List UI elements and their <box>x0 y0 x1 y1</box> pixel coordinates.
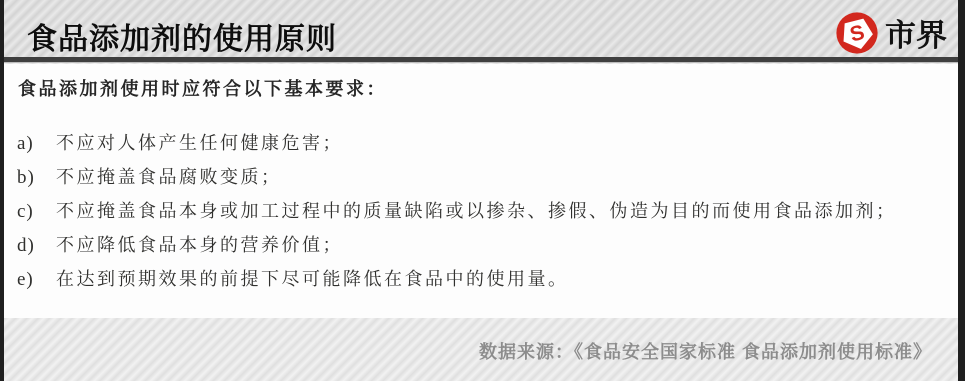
list-item: e) 在达到预期效果的前提下尽可能降低在食品中的使用量。 <box>14 265 948 299</box>
list-item: c) 不应掩盖食品本身或加工过程中的质量缺陷或以掺杂、掺假、伪造为目的而使用食品… <box>14 197 948 231</box>
footer: 数据来源：《食品安全国家标准 食品添加剂使用标准》 <box>0 338 965 364</box>
list-item-text: 不应掩盖食品腐败变质； <box>56 163 282 189</box>
requirements-list: a) 不应对人体产生任何健康危害； b) 不应掩盖食品腐败变质； c) 不应掩盖… <box>14 129 948 299</box>
list-item: d) 不应降低食品本身的营养价值； <box>14 231 948 265</box>
header-separator-bar <box>0 57 965 63</box>
content-card: 食品添加剂使用时应符合以下基本要求： a) 不应对人体产生任何健康危害； b) … <box>4 64 958 318</box>
list-item-text: 不应掩盖食品本身或加工过程中的质量缺陷或以掺杂、掺假、伪造为目的而使用食品添加剂… <box>56 197 897 223</box>
list-item-label: e) <box>14 269 56 291</box>
right-edge-strip <box>958 0 965 381</box>
brand-logo: S 市界 <box>835 10 947 55</box>
page-title: 食品添加剂的使用原则 <box>27 14 337 58</box>
brand-logo-text: 市界 <box>885 10 947 55</box>
list-item-text: 不应对人体产生任何健康危害； <box>56 129 343 155</box>
data-source-note: 数据来源：《食品安全国家标准 食品添加剂使用标准》 <box>479 342 932 362</box>
list-item: b) 不应掩盖食品腐败变质； <box>14 163 948 197</box>
list-item-label: b) <box>14 167 56 189</box>
list-item-text: 不应降低食品本身的营养价值； <box>56 231 343 257</box>
shijie-logo-icon: S <box>835 11 879 55</box>
header: 食品添加剂的使用原则 S 市界 <box>0 0 965 58</box>
list-item-label: d) <box>14 235 56 257</box>
list-item-label: a) <box>14 133 56 155</box>
list-item: a) 不应对人体产生任何健康危害； <box>14 129 948 163</box>
list-item-label: c) <box>14 201 56 223</box>
left-edge-strip <box>0 0 4 381</box>
infographic-page: 食品添加剂的使用原则 S 市界 食品添加剂使用时应符合以下基本要求： a) 不应… <box>0 0 965 381</box>
requirements-intro: 食品添加剂使用时应符合以下基本要求： <box>18 78 948 101</box>
list-item-text: 在达到预期效果的前提下尽可能降低在食品中的使用量。 <box>56 265 569 291</box>
